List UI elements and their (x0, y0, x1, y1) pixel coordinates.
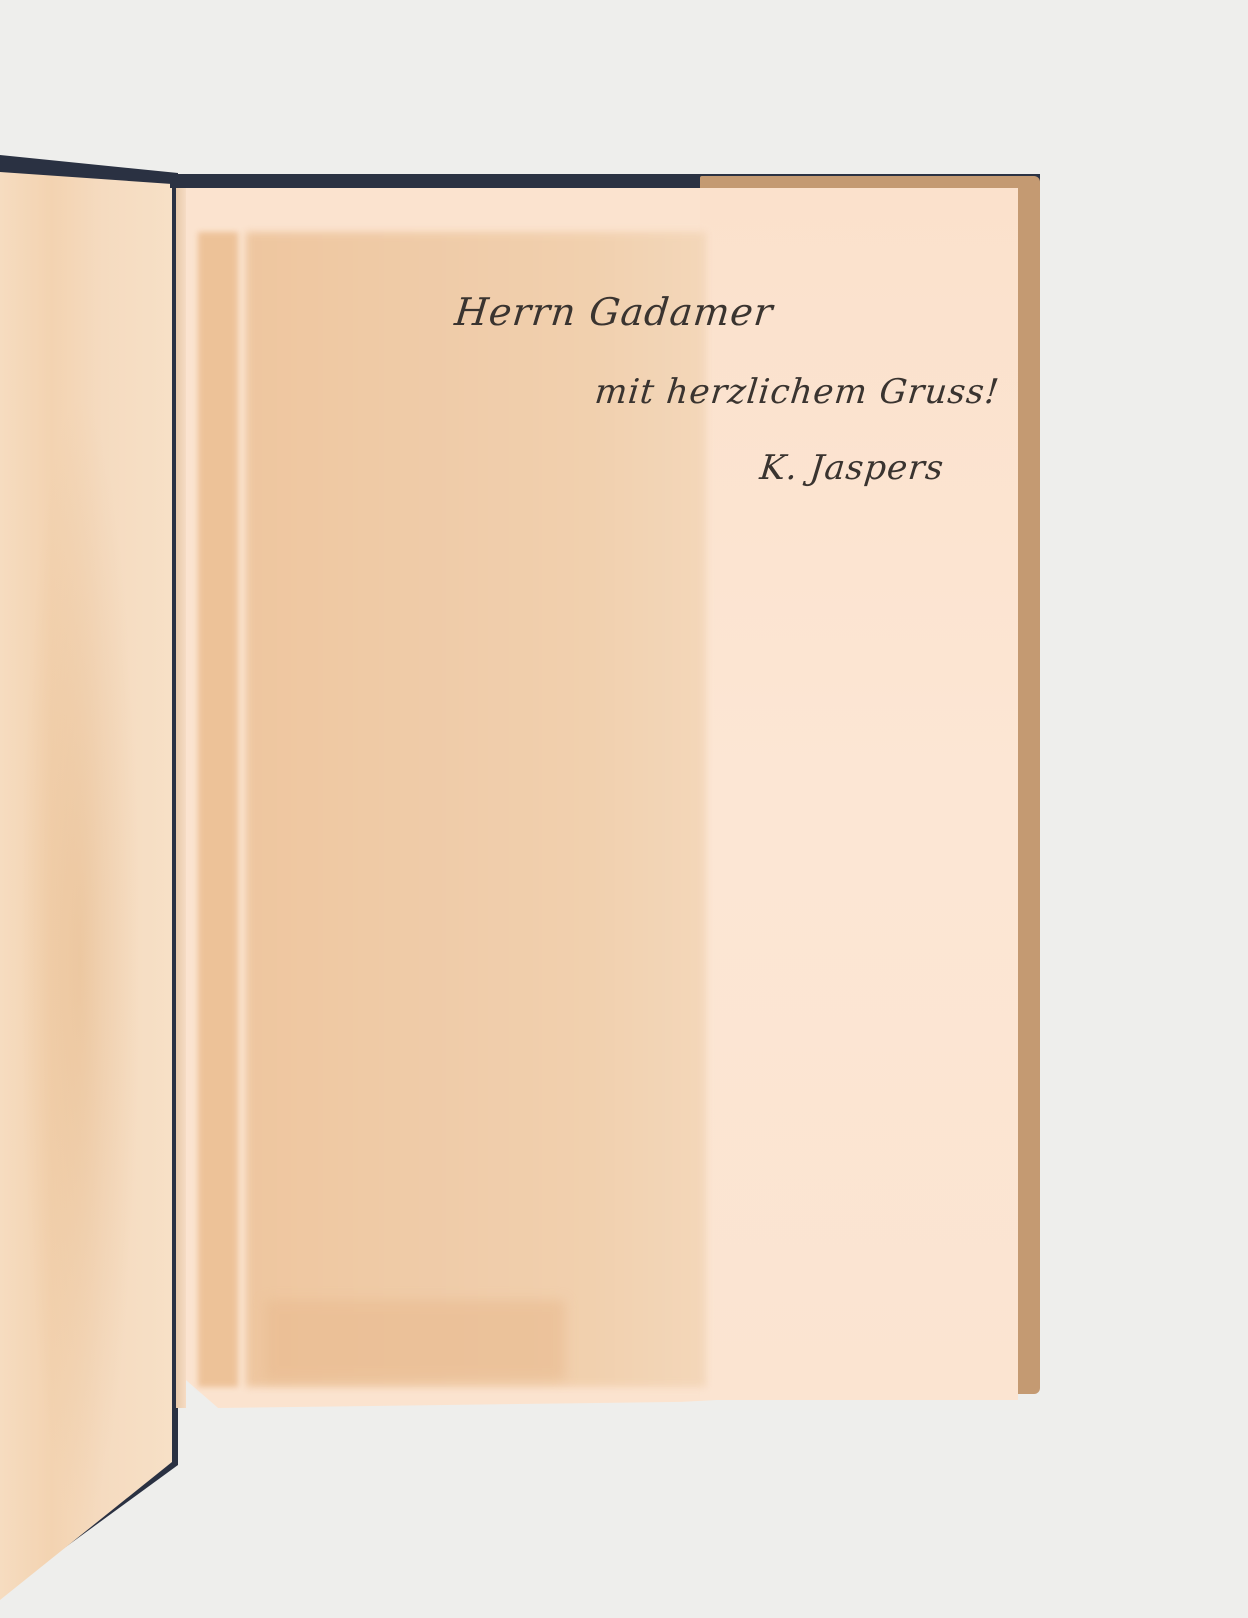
inscription-greeting: mit herzlichem Gruss! (593, 372, 1002, 412)
inscription-signature: K. Jaspers (758, 448, 946, 488)
gutter (176, 188, 186, 1408)
offset-stain-bottom (265, 1300, 565, 1380)
left-pastedown (0, 172, 172, 1612)
offset-stain-narrow (198, 232, 238, 1387)
inscription-recipient: Herrn Gadamer (453, 290, 776, 334)
unstained-page-area (700, 188, 1018, 1400)
book-photo: Herrn Gadamer mit herzlichem Gruss! K. J… (0, 0, 1248, 1618)
left-page-stain (20, 392, 140, 1532)
